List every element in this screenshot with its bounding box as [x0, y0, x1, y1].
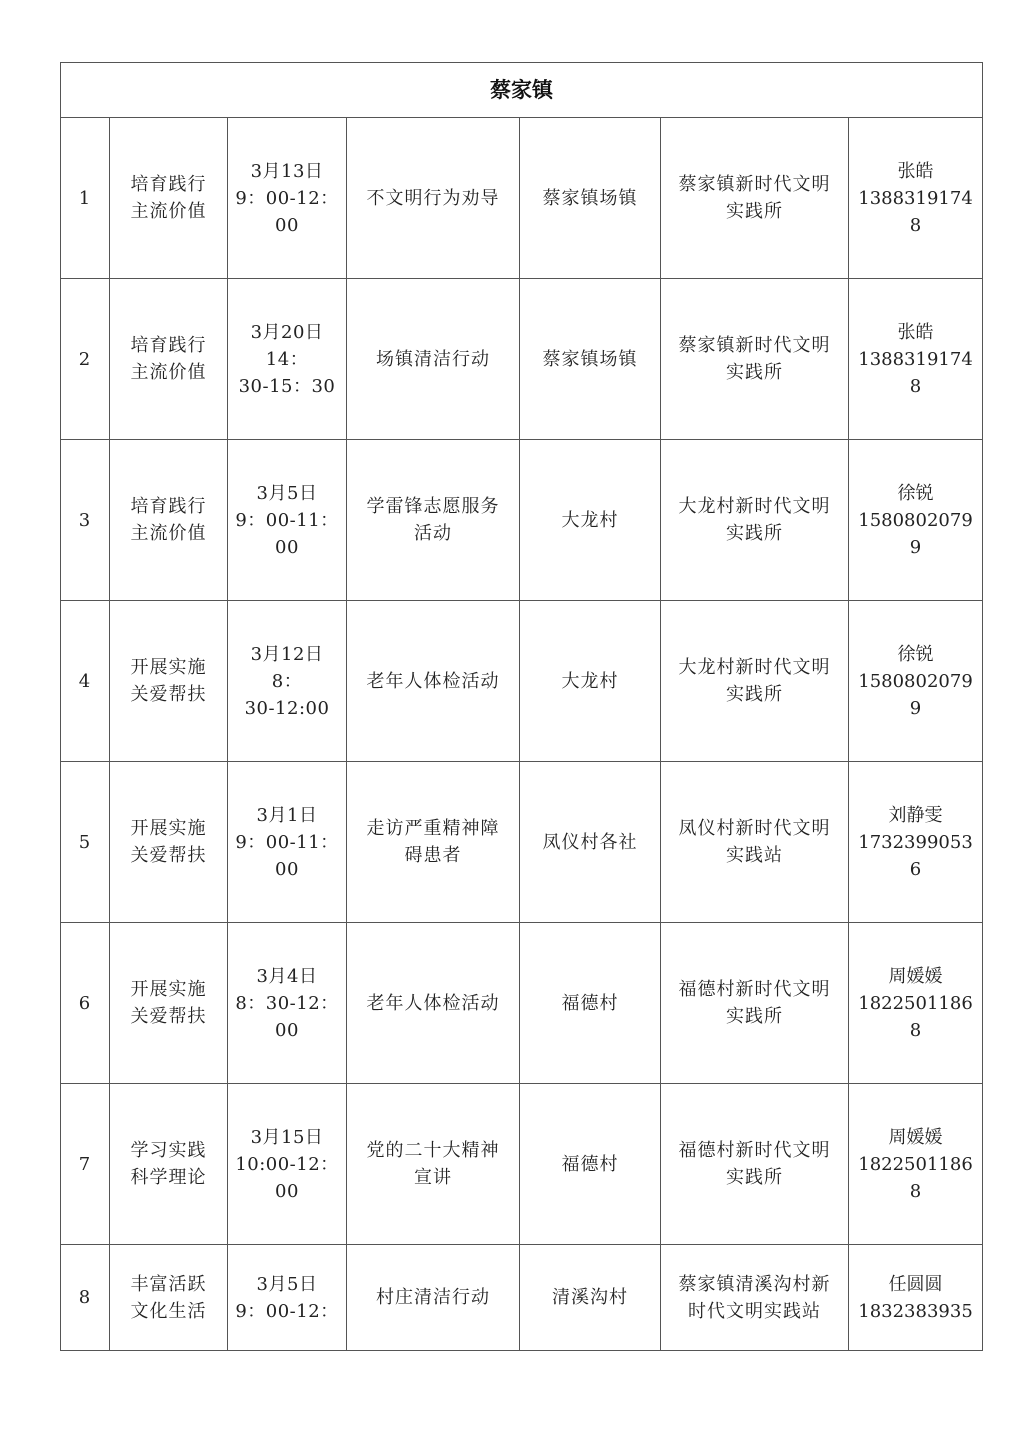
time-cell-line: 3月13日 [232, 158, 342, 185]
contact-cell-line: 张皓 [853, 319, 978, 346]
category-cell-line: 主流价值 [114, 520, 223, 547]
activity-cell: 学雷锋志愿服务活动 [347, 440, 520, 601]
activity-cell-line: 活动 [351, 520, 515, 547]
contact-cell-line: 1388319174 [853, 346, 978, 373]
contact-cell-line: 1580802079 [853, 507, 978, 534]
time-cell-line: 3月12日 [232, 641, 342, 668]
organizer-cell-line: 大龙村新时代文明 [665, 654, 844, 681]
activity-cell-line: 老年人体检活动 [351, 668, 515, 695]
row-number: 2 [61, 279, 110, 440]
contact-cell-line: 8 [853, 1017, 978, 1044]
row-number: 6 [61, 923, 110, 1084]
category-cell-line: 培育践行 [114, 171, 223, 198]
category-cell-line: 培育践行 [114, 493, 223, 520]
category-cell-line: 主流价值 [114, 198, 223, 225]
activity-cell-line: 村庄清洁行动 [351, 1284, 515, 1311]
time-cell: 3月20日14：30-15：30 [228, 279, 347, 440]
organizer-cell: 大龙村新时代文明实践所 [661, 440, 849, 601]
time-cell-line: 00 [232, 856, 342, 883]
table-row: 2培育践行主流价值3月20日14：30-15：30场镇清洁行动蔡家镇场镇蔡家镇新… [61, 279, 983, 440]
row-number: 4 [61, 601, 110, 762]
time-cell-line: 9：00-12： [232, 1298, 342, 1325]
organizer-cell-line: 蔡家镇新时代文明 [665, 332, 844, 359]
contact-cell-line: 1822501186 [853, 990, 978, 1017]
location-cell: 清溪沟村 [520, 1245, 661, 1351]
category-cell-line: 开展实施 [114, 815, 223, 842]
activity-cell-line: 老年人体检活动 [351, 990, 515, 1017]
time-cell-line: 10:00-12： [232, 1151, 342, 1178]
location-cell-line: 蔡家镇场镇 [524, 185, 656, 212]
organizer-cell: 大龙村新时代文明实践所 [661, 601, 849, 762]
contact-cell-line: 1388319174 [853, 185, 978, 212]
contact-cell-line: 8 [853, 1178, 978, 1205]
time-cell: 3月4日8：30-12：00 [228, 923, 347, 1084]
organizer-cell: 蔡家镇清溪沟村新时代文明实践站 [661, 1245, 849, 1351]
activity-cell: 老年人体检活动 [347, 923, 520, 1084]
category-cell-line: 关爱帮扶 [114, 681, 223, 708]
contact-cell-line: 1822501186 [853, 1151, 978, 1178]
contact-cell-line: 9 [853, 695, 978, 722]
activity-cell: 走访严重精神障碍患者 [347, 762, 520, 923]
organizer-cell-line: 蔡家镇新时代文明 [665, 171, 844, 198]
row-number: 3 [61, 440, 110, 601]
time-cell-line: 00 [232, 212, 342, 239]
contact-cell-line: 徐锐 [853, 480, 978, 507]
activity-cell-line: 不文明行为劝导 [351, 185, 515, 212]
table-row: 7学习实践科学理论3月15日10:00-12：00党的二十大精神宣讲福德村福德村… [61, 1084, 983, 1245]
table-row: 5开展实施关爱帮扶3月1日9：00-11：00走访严重精神障碍患者凤仪村各社凤仪… [61, 762, 983, 923]
activity-cell-line: 走访严重精神障 [351, 815, 515, 842]
time-cell: 3月5日9：00-11：00 [228, 440, 347, 601]
time-cell-line: 00 [232, 1017, 342, 1044]
contact-cell-line: 8 [853, 212, 978, 239]
category-cell: 学习实践科学理论 [110, 1084, 228, 1245]
contact-cell-line: 9 [853, 534, 978, 561]
organizer-cell-line: 福德村新时代文明 [665, 1137, 844, 1164]
time-cell: 3月15日10:00-12：00 [228, 1084, 347, 1245]
location-cell-line: 清溪沟村 [524, 1284, 656, 1311]
organizer-cell-line: 实践所 [665, 1003, 844, 1030]
category-cell: 开展实施关爱帮扶 [110, 762, 228, 923]
organizer-cell-line: 实践所 [665, 681, 844, 708]
time-cell-line: 00 [232, 1178, 342, 1205]
time-cell-line: 3月5日 [232, 1271, 342, 1298]
contact-cell-line: 6 [853, 856, 978, 883]
category-cell: 开展实施关爱帮扶 [110, 601, 228, 762]
location-cell-line: 大龙村 [524, 668, 656, 695]
town-title: 蔡家镇 [61, 63, 983, 118]
contact-cell: 张皓13883191748 [849, 118, 983, 279]
contact-cell-line: 1580802079 [853, 668, 978, 695]
table-row: 6开展实施关爱帮扶3月4日8：30-12：00老年人体检活动福德村福德村新时代文… [61, 923, 983, 1084]
category-cell-line: 科学理论 [114, 1164, 223, 1191]
location-cell: 大龙村 [520, 601, 661, 762]
organizer-cell: 凤仪村新时代文明实践站 [661, 762, 849, 923]
contact-cell-line: 徐锐 [853, 641, 978, 668]
time-cell-line: 14： [232, 346, 342, 373]
category-cell-line: 培育践行 [114, 332, 223, 359]
contact-cell-line: 刘静雯 [853, 802, 978, 829]
location-cell-line: 福德村 [524, 990, 656, 1017]
organizer-cell-line: 实践所 [665, 1164, 844, 1191]
location-cell: 蔡家镇场镇 [520, 118, 661, 279]
organizer-cell: 福德村新时代文明实践所 [661, 1084, 849, 1245]
time-cell-line: 3月5日 [232, 480, 342, 507]
contact-cell-line: 周媛媛 [853, 963, 978, 990]
time-cell: 3月12日8：30-12:00 [228, 601, 347, 762]
contact-cell: 徐锐15808020799 [849, 601, 983, 762]
category-cell: 培育践行主流价值 [110, 118, 228, 279]
table-row: 4开展实施关爱帮扶3月12日8：30-12:00老年人体检活动大龙村大龙村新时代… [61, 601, 983, 762]
time-cell-line: 8： [232, 668, 342, 695]
organizer-cell-line: 蔡家镇清溪沟村新 [665, 1271, 844, 1298]
activity-cell-line: 学雷锋志愿服务 [351, 493, 515, 520]
contact-cell: 刘静雯17323990536 [849, 762, 983, 923]
contact-cell: 周媛媛18225011868 [849, 1084, 983, 1245]
contact-cell-line: 1732399053 [853, 829, 978, 856]
activity-cell-line: 场镇清洁行动 [351, 346, 515, 373]
category-cell: 培育践行主流价值 [110, 279, 228, 440]
location-cell: 福德村 [520, 1084, 661, 1245]
location-cell-line: 福德村 [524, 1151, 656, 1178]
activity-cell: 老年人体检活动 [347, 601, 520, 762]
location-cell: 凤仪村各社 [520, 762, 661, 923]
time-cell-line: 3月4日 [232, 963, 342, 990]
activity-cell: 不文明行为劝导 [347, 118, 520, 279]
time-cell: 3月5日9：00-12： [228, 1245, 347, 1351]
activity-cell-line: 碍患者 [351, 842, 515, 869]
time-cell-line: 9：00-12： [232, 185, 342, 212]
time-cell-line: 3月20日 [232, 319, 342, 346]
organizer-cell-line: 大龙村新时代文明 [665, 493, 844, 520]
contact-cell-line: 周媛媛 [853, 1124, 978, 1151]
activity-cell-line: 宣讲 [351, 1164, 515, 1191]
time-cell-line: 3月15日 [232, 1124, 342, 1151]
location-cell-line: 大龙村 [524, 507, 656, 534]
organizer-cell-line: 福德村新时代文明 [665, 976, 844, 1003]
organizer-cell-line: 实践所 [665, 520, 844, 547]
activity-cell: 党的二十大精神宣讲 [347, 1084, 520, 1245]
time-cell-line: 30-12:00 [232, 695, 342, 722]
organizer-cell-line: 实践所 [665, 198, 844, 225]
contact-cell: 徐锐15808020799 [849, 440, 983, 601]
location-cell-line: 凤仪村各社 [524, 829, 656, 856]
contact-cell: 周媛媛18225011868 [849, 923, 983, 1084]
time-cell-line: 9：00-11： [232, 829, 342, 856]
table-row: 1培育践行主流价值3月13日9：00-12：00不文明行为劝导蔡家镇场镇蔡家镇新… [61, 118, 983, 279]
category-cell-line: 关爱帮扶 [114, 842, 223, 869]
activity-schedule-table: 蔡家镇 1培育践行主流价值3月13日9：00-12：00不文明行为劝导蔡家镇场镇… [60, 62, 983, 1351]
time-cell: 3月13日9：00-12：00 [228, 118, 347, 279]
category-cell-line: 开展实施 [114, 654, 223, 681]
time-cell-line: 8：30-12： [232, 990, 342, 1017]
time-cell-line: 9：00-11： [232, 507, 342, 534]
table-title-row: 蔡家镇 [61, 63, 983, 118]
contact-cell-line: 8 [853, 373, 978, 400]
organizer-cell-line: 实践站 [665, 842, 844, 869]
location-cell: 大龙村 [520, 440, 661, 601]
location-cell-line: 蔡家镇场镇 [524, 346, 656, 373]
table-row: 3培育践行主流价值3月5日9：00-11：00学雷锋志愿服务活动大龙村大龙村新时… [61, 440, 983, 601]
organizer-cell: 福德村新时代文明实践所 [661, 923, 849, 1084]
activity-cell: 场镇清洁行动 [347, 279, 520, 440]
category-cell-line: 文化生活 [114, 1298, 223, 1325]
category-cell-line: 关爱帮扶 [114, 1003, 223, 1030]
contact-cell: 任圆圆1832383935 [849, 1245, 983, 1351]
category-cell: 培育践行主流价值 [110, 440, 228, 601]
organizer-cell: 蔡家镇新时代文明实践所 [661, 118, 849, 279]
time-cell: 3月1日9：00-11：00 [228, 762, 347, 923]
contact-cell: 张皓13883191748 [849, 279, 983, 440]
location-cell: 蔡家镇场镇 [520, 279, 661, 440]
organizer-cell-line: 时代文明实践站 [665, 1298, 844, 1325]
row-number: 5 [61, 762, 110, 923]
time-cell-line: 00 [232, 534, 342, 561]
row-number: 1 [61, 118, 110, 279]
activity-cell: 村庄清洁行动 [347, 1245, 520, 1351]
category-cell-line: 丰富活跃 [114, 1271, 223, 1298]
contact-cell-line: 1832383935 [853, 1298, 978, 1325]
category-cell-line: 学习实践 [114, 1137, 223, 1164]
time-cell-line: 30-15：30 [232, 373, 342, 400]
organizer-cell: 蔡家镇新时代文明实践所 [661, 279, 849, 440]
contact-cell-line: 任圆圆 [853, 1271, 978, 1298]
time-cell-line: 3月1日 [232, 802, 342, 829]
category-cell: 丰富活跃文化生活 [110, 1245, 228, 1351]
organizer-cell-line: 实践所 [665, 359, 844, 386]
category-cell-line: 主流价值 [114, 359, 223, 386]
table-row: 8丰富活跃文化生活3月5日9：00-12：村庄清洁行动清溪沟村蔡家镇清溪沟村新时… [61, 1245, 983, 1351]
category-cell-line: 开展实施 [114, 976, 223, 1003]
row-number: 7 [61, 1084, 110, 1245]
row-number: 8 [61, 1245, 110, 1351]
location-cell: 福德村 [520, 923, 661, 1084]
category-cell: 开展实施关爱帮扶 [110, 923, 228, 1084]
activity-cell-line: 党的二十大精神 [351, 1137, 515, 1164]
contact-cell-line: 张皓 [853, 158, 978, 185]
organizer-cell-line: 凤仪村新时代文明 [665, 815, 844, 842]
